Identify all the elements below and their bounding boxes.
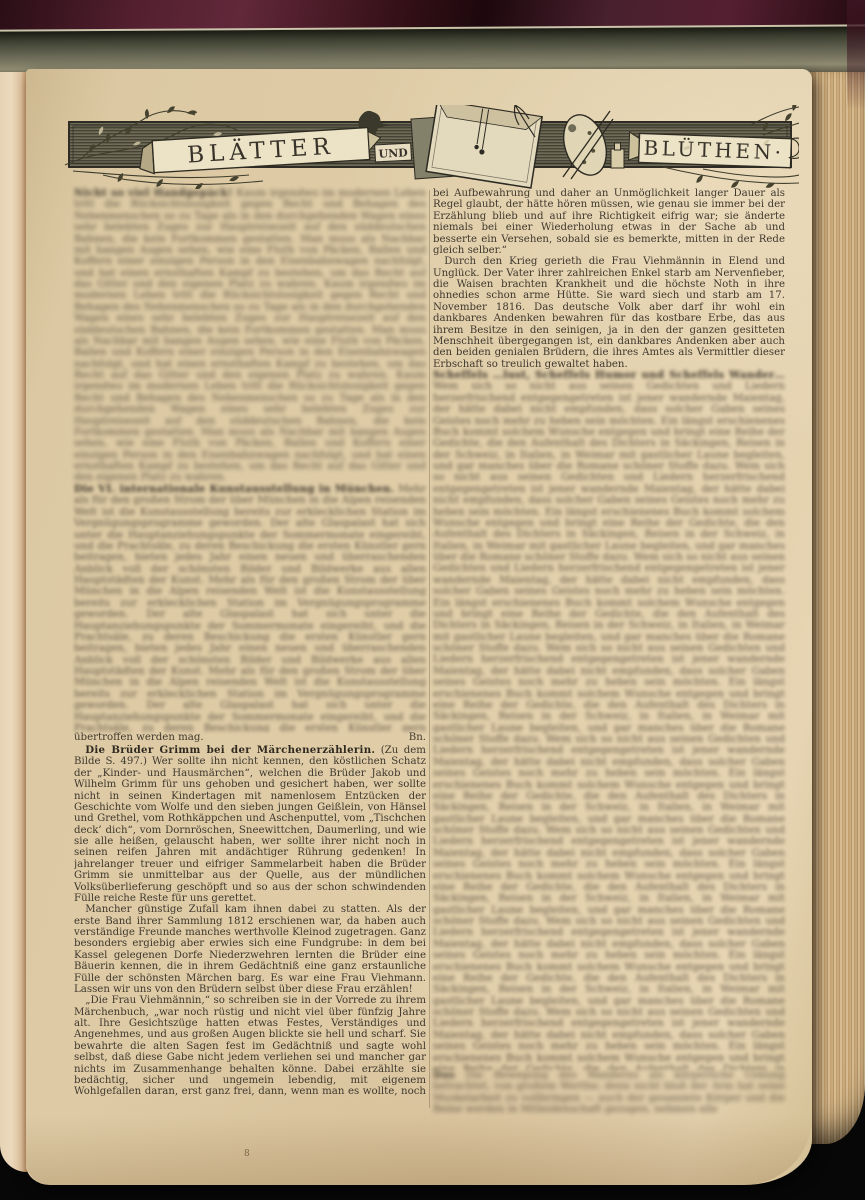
article-last-body-illegible: Die Bewegung des Wanderns als körperlich… bbox=[433, 1070, 785, 1115]
underlying-page-edge bbox=[0, 72, 27, 1172]
article-kunstausstellung-closing: übertroffen werden mag. Bn. bbox=[74, 732, 426, 745]
grimm-paragraph-2: Mancher günstige Zufall kam ihnen dabei … bbox=[74, 904, 426, 995]
grimm-continuation-1: bei Aufbewahrung und daher an Unmöglichk… bbox=[433, 188, 785, 256]
author-signature: Bn. bbox=[409, 732, 426, 745]
article-scheffel-blurred: Scheffels …lust, Scheffels Humor und Sch… bbox=[433, 370, 785, 1070]
grimm-paragraph-3: „Die Frau Viehmännin,“ so schreiben sie … bbox=[74, 995, 426, 1097]
portfolio-icon bbox=[411, 105, 542, 188]
article-handgepaeck-body-illegible: Kaum irgendwo im modernen Leben tritt di… bbox=[74, 188, 426, 483]
article-scheffel-heading-fragment: Scheffels …lust, Scheffels Humor und Sch… bbox=[433, 370, 785, 381]
article-handgepaeck-blurred: Nicht so viel Handgepäck! Kaum irgendwo … bbox=[74, 188, 426, 484]
blaetter-und-bluethen-banner: BLÄTTER UND bbox=[63, 105, 799, 189]
left-column: Nicht so viel Handgepäck! Kaum irgendwo … bbox=[74, 188, 426, 1118]
book-fore-edge-pages bbox=[807, 72, 865, 1144]
grimm-p1-text: Wer sollte ihn nicht kennen, den köstlic… bbox=[74, 756, 426, 904]
book-cover-right-sliver bbox=[847, 0, 865, 110]
text-columns: Nicht so viel Handgepäck! Kaum irgendwo … bbox=[74, 188, 793, 1118]
article-last-blurred: Das Die Bewegung des Wanderns als körper… bbox=[433, 1070, 785, 1118]
grimm-paragraph-1: Die Brüder Grimm bei der Märchenerzähler… bbox=[74, 745, 426, 904]
column-rule bbox=[429, 190, 430, 1108]
article-kunstausstellung-heading: Die VI. internationale Kunstausstellung … bbox=[74, 484, 394, 495]
grimm-heading: Die Brüder Grimm bei der Märchenerzähler… bbox=[85, 745, 375, 756]
article-grimm: Die Brüder Grimm bei der Märchenerzähler… bbox=[74, 745, 426, 1097]
article-kunstausstellung-blurred: Die VI. internationale Kunstausstellung … bbox=[74, 484, 426, 732]
page-bottom-shadow bbox=[26, 1115, 812, 1185]
photographed-book-page: BLÄTTER UND bbox=[0, 0, 865, 1200]
und-label: UND bbox=[375, 143, 412, 162]
grimm-continuation-2: Durch den Krieg gerieth die Frau Viehmän… bbox=[433, 256, 785, 370]
banner-word-und: UND bbox=[378, 146, 408, 161]
article-last-heading-fragment: Das bbox=[433, 1070, 455, 1081]
closing-line: übertroffen werden mag. bbox=[74, 732, 204, 745]
right-ribbon: BLÜTHEN· bbox=[629, 132, 799, 168]
right-column: bei Aufbewahrung und daher an Unmöglichk… bbox=[433, 188, 785, 1118]
article-scheffel-body-illegible: Wem sich so nicht aus seinen Gedichten u… bbox=[433, 381, 785, 1070]
page: BLÄTTER UND bbox=[26, 69, 812, 1185]
article-handgepaeck-heading: Nicht so viel Handgepäck! bbox=[74, 188, 233, 199]
article-kunstausstellung-body-illegible: Mehr als für den großen Strom der über M… bbox=[74, 484, 426, 732]
banner-word-bluethen: BLÜTHEN· bbox=[643, 135, 785, 165]
